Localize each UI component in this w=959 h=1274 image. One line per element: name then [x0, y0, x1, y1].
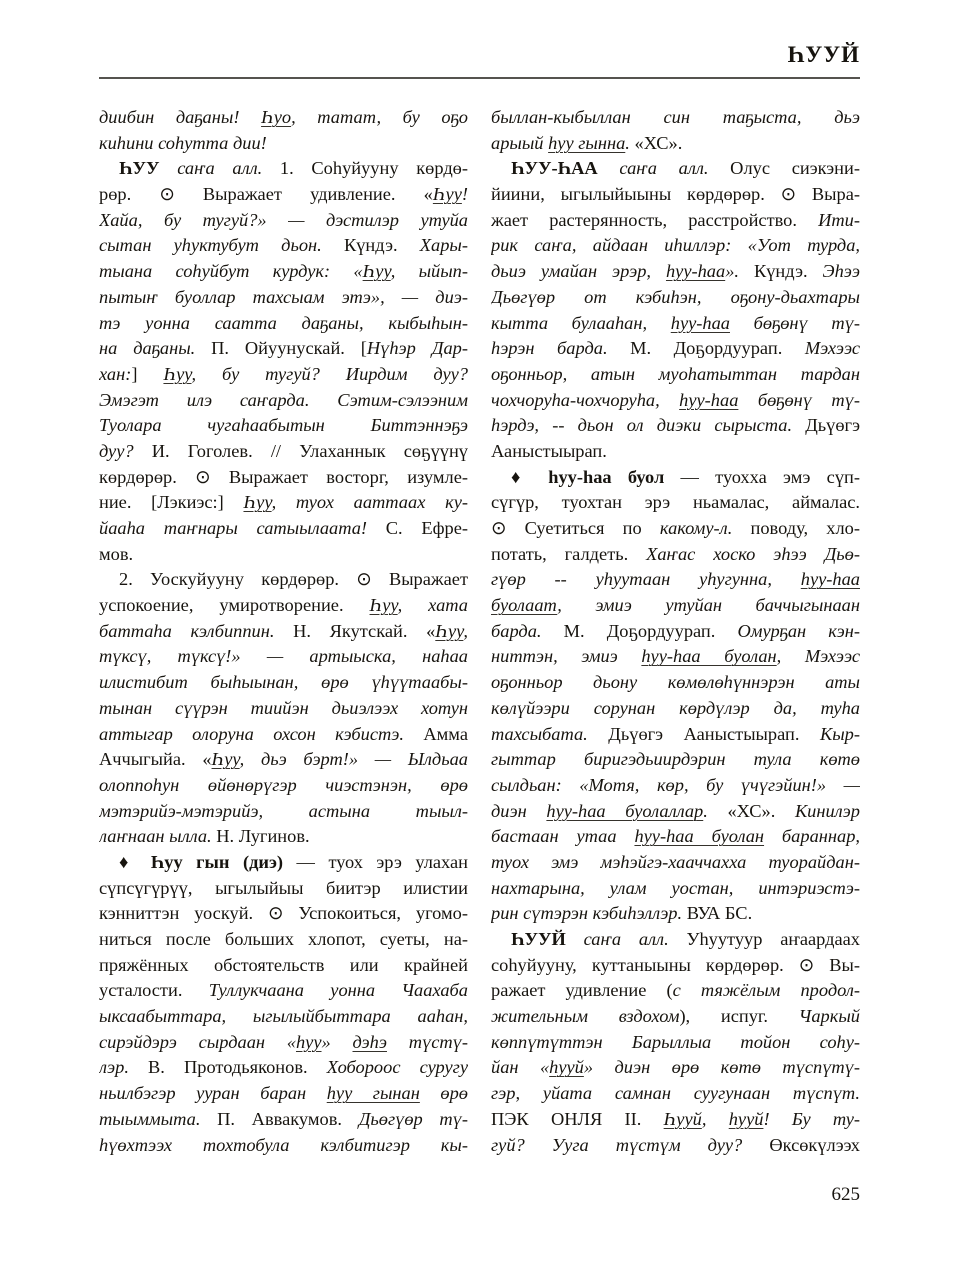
text-segment: баттаһа кэлбиппин.	[99, 621, 274, 641]
text-segment: һуу-һаа	[801, 569, 860, 589]
text-segment: дуу?	[99, 441, 134, 461]
dictionary-line: гуй? Ууга түстүм дуу? Өксөкүлээх	[491, 1133, 860, 1159]
dictionary-line: көппүтүттэн Барыллыа тойон соһу-	[491, 1030, 860, 1056]
dictionary-line: гыттар биригэдьиирдэрин тула көтө	[491, 747, 860, 773]
text-segment: һэрдэ, -- дьон ол диэки сырыста.	[491, 415, 792, 435]
dictionary-line: ыксаабыттара, ыгылыйбыттара ааһан,	[99, 1004, 468, 1030]
dictionary-line: баттаһа кэлбиппин. Н. Якутскай. «Һуу,	[99, 619, 468, 645]
text-segment: һуу-һаа	[679, 390, 738, 410]
dictionary-line: оҕонньор дьону көмөлөһүннэрэн аты	[491, 670, 860, 696]
text-segment: чохчоруһа-чохчоруһа,	[491, 390, 679, 410]
text-segment: , туох ааттаах ку-	[272, 492, 468, 512]
text-segment: гуй? Ууга түстүм дуу?	[491, 1135, 769, 1155]
headword-text: ҺУУЙ	[511, 929, 584, 949]
text-segment: поводу, хло-	[732, 518, 860, 538]
text-segment: гүөр -- уһуутаан уһугунна,	[491, 569, 801, 589]
text-segment: соһуйууну, куттаныыны көрдөрөр. ⊙ Вы-	[491, 955, 860, 975]
text-segment: Туллукчаана уонна Чаахаба	[209, 980, 468, 1000]
dictionary-line: лаҥнаан ылла. Н. Лугинов.	[99, 824, 468, 850]
dictionary-line: дьиэ умайан эрэр, һуу-һаа». Күндэ. Эһээ	[491, 259, 860, 285]
text-segment: какому-л.	[660, 518, 732, 538]
dictionary-line: ♦ Һуу гын (диэ) — туох эрэ улахан	[99, 850, 468, 876]
text-segment: ), испуг.	[679, 1006, 798, 1026]
text-segment: Дьөгүөр от кэбиһэн, оҕону-дьахтары	[491, 287, 860, 307]
dictionary-line: мэтэрийэ-мэтэрийэ, астына тыыл-	[99, 799, 468, 825]
text-segment: йан «	[491, 1057, 549, 1077]
text-segment: арыый	[491, 133, 548, 153]
text-segment: диибин даҕаны!	[99, 107, 261, 127]
text-segment: һэрэн барда.	[491, 338, 608, 358]
text-segment: туох эмэ мэһэйгэ-хааччахха туорайдан-	[491, 852, 860, 872]
text-segment: , Мэхээс	[777, 646, 860, 666]
text-segment: өрө	[420, 1083, 468, 1103]
dictionary-line: тыыммыта. П. Аввакумов. Дьөгүөр тү-	[99, 1107, 468, 1133]
dictionary-line: рин сүтэрэн кэбиһэллэр. ВУА БС.	[491, 901, 860, 927]
text-segment: Һуу	[433, 184, 462, 204]
text-segment: Мэхээс	[805, 338, 860, 358]
text-segment: И. Гоголев. // Улаханнык сөҕүүнү	[134, 441, 468, 461]
text-segment: ,	[463, 621, 468, 641]
text-segment: тыыммыта.	[99, 1109, 200, 1129]
dictionary-line: аттыгар олоруна охсон кэбистэ. Амма	[99, 722, 468, 748]
text-segment: , хата	[398, 595, 468, 615]
dictionary-page: ҺУУЙ диибин даҕаны! Һуо, татат, бу оҕоки…	[0, 0, 959, 1274]
dictionary-line: жает растерянность, расстройство. Ити-	[491, 208, 860, 234]
text-segment: көлүйээри сорунан көрдүлэр да, туһа	[491, 698, 860, 718]
dictionary-line: гүөр -- уһуутаан уһугунна, һуу-һаа	[491, 567, 860, 593]
dictionary-line: йиини, ыгылыйыыны көрдөрөр. ⊙ Выра-	[491, 182, 860, 208]
dictionary-line: ражает удивление (с тяжёлым продол-	[491, 978, 860, 1004]
dictionary-line: арыый һуу гынна. «ХС».	[491, 131, 860, 157]
text-segment: ! Бу ту-	[763, 1109, 860, 1129]
text-segment: В. Протодьяконов.	[129, 1057, 327, 1077]
text-segment: на даҕаны.	[99, 338, 195, 358]
text-segment: ВУА БС.	[682, 903, 752, 923]
dictionary-line: оҕонньор, атын муоһатыттан тардан	[491, 362, 860, 388]
text-segment: илистибит быһыынан, өрө үһүүтаабы-	[99, 672, 468, 692]
dictionary-line: Туолара чугаһаабытын Биттэннэҕэ	[99, 413, 468, 439]
text-segment: Һуу	[370, 595, 398, 615]
dictionary-line: ҺУУЙ саҥа алл. Уһуутуур аҥаардаах	[491, 927, 860, 953]
text-segment: успокоение, умиротворение.	[99, 595, 370, 615]
text-segment: «ХС».	[727, 801, 794, 821]
dictionary-line: усталости. Туллукчаана уонна Чаахаба	[99, 978, 468, 1004]
dictionary-line: потать, галдеть. Хаҥас хоско эһээ Дьө-	[491, 542, 860, 568]
text-segment: тэ уонна саатта даҕаны, кыбыһын-	[99, 313, 468, 333]
text-segment: Дьөгүөр тү-	[359, 1109, 468, 1129]
dictionary-line: кытта булааһан, һуу-һаа бөҕөнү тү-	[491, 311, 860, 337]
text-segment: һуу-һаа буолан	[634, 826, 764, 846]
text-segment: һуу-һаа буолан	[641, 646, 776, 666]
text-segment: Чаркый	[799, 1006, 860, 1026]
text-segment: Һуу	[435, 621, 463, 641]
text-segment: П. Аввакумов.	[200, 1109, 358, 1129]
text-segment: һууй	[549, 1057, 584, 1077]
text-segment: Һууй	[664, 1109, 702, 1129]
text-segment: Хары-	[420, 235, 468, 255]
text-segment: ражает удивление (	[491, 980, 673, 1000]
text-segment: сытан уһуктубут дьон.	[99, 235, 322, 255]
text-segment: .	[625, 133, 634, 153]
left-column: диибин даҕаны! Һуо, татат, бу оҕокиһини …	[99, 105, 468, 1158]
text-segment: гыттар биригэдьиирдэрин тула көтө	[491, 749, 860, 769]
text-segment: тыана соһуйбут курдук: «	[99, 261, 363, 281]
text-segment: — туох эрэ улахан	[283, 852, 468, 872]
dictionary-line: барда. М. Доҕордуурап. Омурҕан кэн-	[491, 619, 860, 645]
text-segment: дэһэ	[353, 1032, 387, 1052]
dictionary-line: сүпсүгүрүү, ыгылыйыы биитэр илистии	[99, 876, 468, 902]
page-number: 625	[100, 1184, 860, 1206]
dictionary-line: быллан-кыбыллан син таҕыста, дьэ	[491, 105, 860, 131]
text-segment: Күндэ.	[322, 235, 420, 255]
text-segment: ]	[131, 364, 163, 384]
text-segment: ♦	[119, 852, 151, 872]
text-segment: 2. Уоскуйууну көрдөрөр. ⊙ Выражает	[119, 569, 468, 589]
dictionary-line: тыана соһуйбут курдук: «Һуу, ыйып-	[99, 259, 468, 285]
text-segment: йааһа таҥнары сатыылаата!	[99, 518, 367, 538]
text-segment: Аччыгыйа. «	[99, 749, 212, 769]
text-segment: кытта булааһан,	[491, 313, 671, 333]
text-segment: Кыр-	[820, 724, 860, 744]
text-segment: көппүтүттэн Барыллыа тойон соһу-	[491, 1032, 860, 1052]
text-segment: бөҕөнү тү-	[738, 390, 860, 410]
text-segment: Һуу	[163, 364, 191, 384]
text-segment: Туолара чугаһаабытын Биттэннэҕэ	[99, 415, 468, 435]
dictionary-line: рик саҥа, айдаан иһиллэр: «Уот турда,	[491, 233, 860, 259]
dictionary-line: гэр, уйата самнан суугунаан түспүт.	[491, 1081, 860, 1107]
text-segment: һуу	[296, 1032, 322, 1052]
text-segment: Һуу	[363, 261, 391, 281]
dictionary-line: ♦ һуу-һаа буол — туохха эмэ сүп-	[491, 465, 860, 491]
text-segment: ⊙ Суетиться по	[491, 518, 660, 538]
text-segment: Омурҕан кэн-	[738, 621, 860, 641]
headword-text: ҺУУ-ҺАА	[511, 158, 619, 178]
text-segment: һууй	[729, 1109, 764, 1129]
text-segment: Нүһэр Дар-	[367, 338, 468, 358]
text-segment: сүгүр, туохтан эрэ ньамалас, аймалас.	[491, 492, 860, 512]
text-segment: пряжённых обстоятельств или крайней	[99, 955, 468, 975]
dictionary-line: тэ уонна саатта даҕаны, кыбыһын-	[99, 311, 468, 337]
text-segment: гэр, уйата самнан суугунаан түспүт.	[491, 1083, 860, 1103]
text-segment: Олус сиэкэни-	[708, 158, 860, 178]
text-segment: аттыгар олоруна охсон кэбистэ.	[99, 724, 404, 744]
text-segment: рик саҥа, айдаан иһиллэр: «Уот турда,	[491, 235, 860, 255]
dictionary-line: ҺУУ-ҺАА саҥа алл. Олус сиэкэни-	[491, 156, 860, 182]
text-segment: , бу тугуй? Иирдим дуу?	[192, 364, 468, 384]
dictionary-line: на даҕаны. П. Ойуунускай. [Нүһэр Дар-	[99, 336, 468, 362]
dictionary-line: һэрдэ, -- дьон ол диэки сырыста. Дьүөгэ	[491, 413, 860, 439]
text-segment: олоппоһун өйөнөрүгэр чиэстэнэн, өрө	[99, 775, 468, 795]
text-segment: ньилбэгэр ууран баран	[99, 1083, 327, 1103]
dictionary-line: буолаат, эмиэ утуйан баччыгынаан	[491, 593, 860, 619]
dictionary-line: Хайа, бу тугуй?» — дэстилэр утуйа	[99, 208, 468, 234]
text-segment: пытыҥ буоллар тахсыам этэ», — диэ-	[99, 287, 468, 307]
dictionary-line: 2. Уоскуйууну көрдөрөр. ⊙ Выражает	[99, 567, 468, 593]
text-segment: «ХС».	[635, 133, 683, 153]
text-columns: диибин даҕаны! Һуо, татат, бу оҕокиһини …	[99, 105, 860, 1158]
text-segment: Күндэ.	[739, 261, 823, 281]
text-segment: Хобороос суругу	[327, 1057, 468, 1077]
dictionary-line: тынан сүүрэн тиийэн дьиэлээх хотун	[99, 696, 468, 722]
text-segment: тахсыбата.	[491, 724, 588, 744]
dictionary-line: ⊙ Суетиться по какому-л. поводу, хло-	[491, 516, 860, 542]
text-segment: усталости.	[99, 980, 209, 1000]
dictionary-line: рөр. ⊙ Выражает удивление. «Һуу!	[99, 182, 468, 208]
text-segment: ыксаабыттара, ыгылыйбыттара ааһан,	[99, 1006, 468, 1026]
dictionary-line: Ааныстыырап.	[491, 439, 860, 465]
text-segment: лаҥнаан ылла.	[99, 826, 212, 846]
text-segment: ние. [Лэкиэс:]	[99, 492, 243, 512]
text-segment: , эмиэ утуйан баччыгынаан	[557, 595, 860, 615]
text-segment: көрдөрөр. ⊙ Выражает восторг, изумле-	[99, 467, 468, 487]
dictionary-line: сытан уһуктубут дьон. Күндэ. Хары-	[99, 233, 468, 259]
text-segment: йиини, ыгылыйыыны көрдөрөр. ⊙ Выра-	[491, 184, 860, 204]
running-head: ҺУУЙ	[100, 42, 860, 68]
text-segment: !	[462, 184, 468, 204]
dictionary-line: Аччыгыйа. «Һуу, дьэ бэрт!» — Ылдьаа	[99, 747, 468, 773]
text-segment: буолаат	[491, 595, 557, 615]
text-segment: ».	[725, 261, 739, 281]
dictionary-line: хан:] Һуу, бу тугуй? Иирдим дуу?	[99, 362, 468, 388]
text-segment: Эмэгэт илэ саҥарда. Сэтим-сэлээним	[99, 390, 468, 410]
text-segment: сирэйдэрэ сырдаан «	[99, 1032, 296, 1052]
dictionary-line: чохчоруһа-чохчоруһа, һуу-һаа бөҕөнү тү-	[491, 388, 860, 414]
text-segment: жительным вздохом	[491, 1006, 679, 1026]
text-segment: бастаан утаа	[491, 826, 634, 846]
text-segment: түксү, түксү!» — артыыска, наһаа	[99, 646, 468, 666]
text-segment: түстү-	[387, 1032, 468, 1052]
text-segment: һуу гынан	[327, 1083, 420, 1103]
text-segment: с тяжёлым продол-	[673, 980, 860, 1000]
dictionary-line: дуу? И. Гоголев. // Улаханнык сөҕүүнү	[99, 439, 468, 465]
text-segment: оҕонньор, атын муоһатыттан тардан	[491, 364, 860, 384]
text-segment: ,	[702, 1109, 729, 1129]
dictionary-line: сылдьан: «Мотя, көр, бу үчүгэйин!» —	[491, 773, 860, 799]
text-segment: »	[322, 1032, 353, 1052]
text-segment: нахтарына, улам уостан, интэриэстэ-	[491, 878, 860, 898]
dictionary-line: ҺУУ саҥа алл. 1. Соһуйууну көрдө-	[99, 156, 468, 182]
text-segment: Дьүөгэ	[792, 415, 860, 435]
right-column: быллан-кыбыллан син таҕыста, дьэарыый һу…	[491, 105, 860, 1158]
dictionary-line: нахтарына, улам уостан, интэриэстэ-	[491, 876, 860, 902]
dictionary-line: Эмэгэт илэ саҥарда. Сэтим-сэлээним	[99, 388, 468, 414]
text-segment: П. Ойуунускай. [	[195, 338, 367, 358]
dictionary-line: ПЭК ОНЛЯ II. Һууй, һууй! Бу ту-	[491, 1107, 860, 1133]
text-segment: бараннар,	[764, 826, 860, 846]
dictionary-line: бастаан утаа һуу-һаа буолан бараннар,	[491, 824, 860, 850]
text-segment: барда.	[491, 621, 542, 641]
text-segment: быллан-кыбыллан син таҕыста, дьэ	[491, 107, 860, 127]
text-segment: Н. Лугинов.	[212, 826, 310, 846]
text-segment: 1. Соһуйууну көрдө-	[262, 158, 468, 178]
text-segment: саҥа алл.	[619, 158, 708, 178]
text-segment: рөр. ⊙ Выражает удивление. «	[99, 184, 433, 204]
text-segment: рин сүтэрэн кэбиһэллэр.	[491, 903, 682, 923]
text-segment: Уһуутуур аҥаардаах	[669, 929, 860, 949]
text-segment: лэр.	[99, 1057, 129, 1077]
text-segment: киһини соһутта дии!	[99, 133, 267, 153]
text-segment: Дьүөгэ Ааныстыырап.	[588, 724, 820, 744]
text-segment: , ыйып-	[391, 261, 468, 281]
text-segment: саҥа алл.	[584, 929, 669, 949]
text-segment: , дьэ бэрт!» — Ылдьаа	[240, 749, 468, 769]
text-segment: оҕонньор дьону көмөлөһүннэрэн аты	[491, 672, 860, 692]
dictionary-line: диэн һуу-һаа буолаллар. «ХС». Кинилэр	[491, 799, 860, 825]
dictionary-line: сүгүр, туохтан эрэ ньамалас, аймалас.	[491, 490, 860, 516]
dictionary-line: йан «һууй» диэн өрө көтө түспүтү-	[491, 1055, 860, 1081]
dictionary-line: мов.	[99, 542, 468, 568]
dictionary-line: ниться после больших хлопот, суеты, на-	[99, 927, 468, 953]
text-segment: һуу гынна	[548, 133, 625, 153]
dictionary-line: пряжённых обстоятельств или крайней	[99, 953, 468, 979]
text-segment: С. Ефре-	[367, 518, 468, 538]
text-segment: потать, галдеть.	[491, 544, 646, 564]
dictionary-line: диибин даҕаны! Һуо, татат, бу оҕо	[99, 105, 468, 131]
text-segment: һуу-һаа	[666, 261, 725, 281]
text-segment: ниттэн, эмиэ	[491, 646, 641, 666]
text-segment: .	[703, 801, 727, 821]
text-segment: , татат, бу оҕо	[291, 107, 468, 127]
headword-text: Һуу гын (диэ)	[151, 852, 283, 872]
dictionary-line: түксү, түксү!» — артыыска, наһаа	[99, 644, 468, 670]
dictionary-line: һэрэн барда. М. Доҕордуурап. Мэхээс	[491, 336, 860, 362]
dictionary-line: Дьөгүөр от кэбиһэн, оҕону-дьахтары	[491, 285, 860, 311]
text-segment: Кинилэр	[795, 801, 860, 821]
dictionary-line: лэр. В. Протодьяконов. Хобороос суругу	[99, 1055, 468, 1081]
text-segment: хан:	[99, 364, 131, 384]
text-segment: мов.	[99, 544, 133, 564]
text-segment: ПЭК ОНЛЯ II.	[491, 1109, 664, 1129]
text-segment: » диэн өрө көтө түспүтү-	[584, 1057, 860, 1077]
text-segment: бөҕөнү тү-	[730, 313, 860, 333]
dictionary-line: сирэйдэрэ сырдаан «һуу» дэһэ түстү-	[99, 1030, 468, 1056]
text-segment: мэтэрийэ-мэтэрийэ, астына тыыл-	[99, 801, 468, 821]
text-segment: дьиэ умайан эрэр,	[491, 261, 666, 281]
dictionary-line: олоппоһун өйөнөрүгэр чиэстэнэн, өрө	[99, 773, 468, 799]
dictionary-line: жительным вздохом), испуг. Чаркый	[491, 1004, 860, 1030]
dictionary-line: успокоение, умиротворение. Һуу, хата	[99, 593, 468, 619]
dictionary-line: ньилбэгэр ууран баран һуу гынан өрө	[99, 1081, 468, 1107]
dictionary-line: тахсыбата. Дьүөгэ Ааныстыырап. Кыр-	[491, 722, 860, 748]
headword-text: һуу-һаа буол	[548, 467, 664, 487]
text-segment: Өксөкүлээх	[769, 1135, 860, 1155]
dictionary-line: һүөхтээх тохтобула кэлбитигэр кы-	[99, 1133, 468, 1159]
text-segment: Һуу	[212, 749, 240, 769]
text-segment: һуу-һаа буолаллар	[546, 801, 703, 821]
text-segment: сылдьан: «Мотя, көр, бу үчүгэйин!» —	[491, 775, 860, 795]
text-segment: Н. Якутскай. «	[274, 621, 435, 641]
dictionary-line: кэнниттэн уоскуй. ⊙ Успокоиться, угомо-	[99, 901, 468, 927]
text-segment: Ааныстыырап.	[491, 441, 607, 461]
text-segment: һүөхтээх тохтобула кэлбитигэр кы-	[99, 1135, 468, 1155]
text-segment: Һуо	[261, 107, 291, 127]
text-segment: сүпсүгүрүү, ыгылыйыы биитэр илистии	[99, 878, 468, 898]
dictionary-line: илистибит быһыынан, өрө үһүүтаабы-	[99, 670, 468, 696]
dictionary-line: туох эмэ мэһэйгэ-хааччахха туорайдан-	[491, 850, 860, 876]
text-segment: Хаҥас хоско эһээ Дьө-	[646, 544, 860, 564]
text-segment: Эһээ	[823, 261, 860, 281]
text-segment: Һуу	[243, 492, 271, 512]
header-rule	[99, 77, 860, 79]
text-segment: һуу-һаа	[671, 313, 730, 333]
text-segment: Амма	[404, 724, 468, 744]
text-segment: саҥа алл.	[177, 158, 262, 178]
dictionary-line: пытыҥ буоллар тахсыам этэ», — диэ-	[99, 285, 468, 311]
text-segment: ниться после больших хлопот, суеты, на-	[99, 929, 468, 949]
text-segment: — туохха эмэ сүп-	[664, 467, 860, 487]
text-segment: жает растерянность, расстройство.	[491, 210, 818, 230]
text-segment: диэн	[491, 801, 546, 821]
dictionary-line: соһуйууну, куттаныыны көрдөрөр. ⊙ Вы-	[491, 953, 860, 979]
text-segment: Ити-	[818, 210, 860, 230]
headword-text: ҺУУ	[119, 158, 177, 178]
dictionary-line: ние. [Лэкиэс:] Һуу, туох ааттаах ку-	[99, 490, 468, 516]
text-segment: Хайа, бу тугуй?» — дэстилэр утуйа	[99, 210, 468, 230]
text-segment: ♦	[511, 467, 548, 487]
dictionary-line: йааһа таҥнары сатыылаата! С. Ефре-	[99, 516, 468, 542]
text-segment: тынан сүүрэн тиийэн дьиэлээх хотун	[99, 698, 468, 718]
text-segment: М. Доҕордуурап.	[608, 338, 805, 358]
dictionary-line: киһини соһутта дии!	[99, 131, 468, 157]
dictionary-line: ниттэн, эмиэ һуу-һаа буолан, Мэхээс	[491, 644, 860, 670]
text-segment: кэнниттэн уоскуй. ⊙ Успокоиться, угомо-	[99, 903, 468, 923]
dictionary-line: көлүйээри сорунан көрдүлэр да, туһа	[491, 696, 860, 722]
dictionary-line: көрдөрөр. ⊙ Выражает восторг, изумле-	[99, 465, 468, 491]
text-segment: М. Доҕордуурап.	[542, 621, 738, 641]
